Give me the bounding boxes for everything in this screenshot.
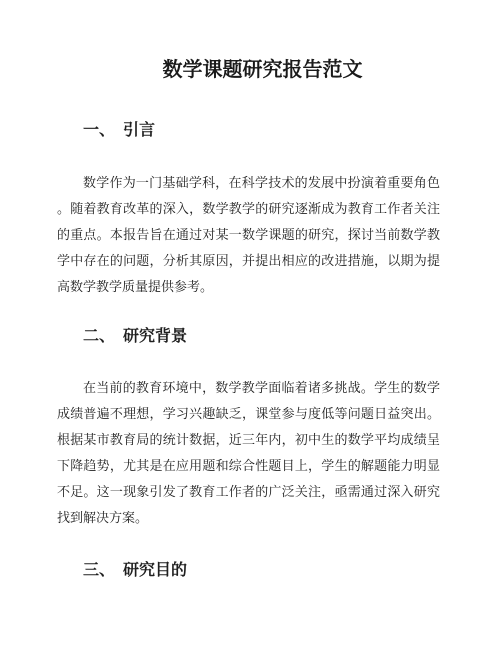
paragraph-line: 不足。这一现象引发了教育工作者的广泛关注，亟需通过深入研究 bbox=[57, 479, 440, 505]
document-page: 数学课题研究报告范文 一、 引言 数学作为一门基础学科，在科学技术的发展中扮演着… bbox=[0, 0, 500, 647]
paragraph-line: 下降趋势，尤其是在应用题和综合性题目上，学生的解题能力明显 bbox=[57, 453, 440, 479]
paragraph-line: 在当前的教育环境中，数学教学面临着诸多挑战。学生的数学 bbox=[57, 375, 440, 401]
paragraph-line: 高数学教学质量提供参考。 bbox=[57, 274, 440, 300]
paragraph-line: 。随着教育改革的深入，数学教学的研究逐渐成为教育工作者关注 bbox=[57, 196, 440, 222]
paragraph-line: 根据某市教育局的统计数据，近三年内，初中生的数学平均成绩呈 bbox=[57, 427, 440, 453]
paragraph-line: 的重点。本报告旨在通过对某一数学课题的研究，探讨当前数学教 bbox=[57, 222, 440, 248]
document-content: 数学课题研究报告范文 一、 引言 数学作为一门基础学科，在科学技术的发展中扮演着… bbox=[57, 56, 440, 582]
document-title: 数学课题研究报告范文 bbox=[57, 56, 440, 84]
paragraph-line: 成绩普遍不理想，学习兴趣缺乏，课堂参与度低等问题日益突出。 bbox=[57, 401, 440, 427]
section-heading-research-background: 二、 研究背景 bbox=[57, 326, 440, 348]
paragraph-line: 找到解决方案。 bbox=[57, 505, 440, 531]
section-heading-introduction: 一、 引言 bbox=[57, 120, 440, 142]
section-heading-research-purpose: 三、 研究目的 bbox=[57, 560, 440, 582]
paragraph-line: 数学作为一门基础学科，在科学技术的发展中扮演着重要角色 bbox=[57, 170, 440, 196]
paragraph-research-background: 在当前的教育环境中，数学教学面临着诸多挑战。学生的数学 成绩普遍不理想，学习兴趣… bbox=[57, 375, 440, 531]
paragraph-line: 学中存在的问题，分析其原因，并提出相应的改进措施，以期为提 bbox=[57, 248, 440, 274]
paragraph-introduction: 数学作为一门基础学科，在科学技术的发展中扮演着重要角色 。随着教育改革的深入，数… bbox=[57, 170, 440, 300]
